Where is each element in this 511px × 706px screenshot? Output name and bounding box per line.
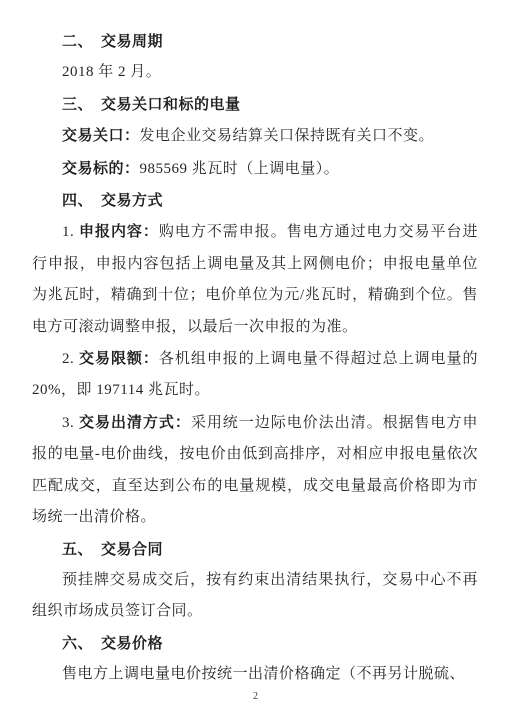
- section-heading-trading-period: 二、 交易周期: [32, 26, 478, 57]
- paragraph-trading-period: 2018 年 2 月。: [32, 57, 478, 88]
- text-run: 采用统一边际电价法出清。根据售电方申报的电量-电价曲线，按电价由低到高排序，对相…: [32, 415, 478, 525]
- text-run: 预挂牌交易成交后，按有约束出清结果执行，交易中心不再组织市场成员签订合同。: [32, 572, 478, 619]
- text-run: 985569 兆瓦时（上调电量）。: [140, 161, 340, 177]
- paragraph-trading-price: 售电方上调电量电价按统一出清价格确定（不再另计脱硫、: [32, 659, 478, 690]
- item-number-run: 1.: [62, 224, 79, 240]
- paragraph-trading-limit: 2. 交易限额：各机组申报的上调电量不得超过总上调电量的 20%，即 19711…: [32, 343, 478, 407]
- paragraph-trading-gateway: 交易关口：发电企业交易结算关口保持既有关口不变。: [32, 120, 478, 152]
- text-run: 2018 年 2 月。: [62, 64, 161, 80]
- item-number-run: 2.: [62, 351, 79, 367]
- paragraph-trading-contract: 预挂牌交易成交后，按有约束出清结果执行，交易中心不再组织市场成员签订合同。: [32, 565, 478, 628]
- bold-label-run: 交易关口：: [62, 127, 140, 144]
- document-body: 二、 交易周期 2018 年 2 月。 三、 交易关口和标的电量 交易关口：发电…: [32, 26, 478, 691]
- bold-label-run: 交易出清方式：: [79, 414, 191, 431]
- section-heading-trading-price: 六、 交易价格: [32, 628, 478, 659]
- text-run: 售电方上调电量电价按统一出清价格确定（不再另计脱硫、: [62, 666, 465, 682]
- paragraph-clearing-method: 3. 交易出清方式：采用统一边际电价法出清。根据售电方申报的电量-电价曲线，按电…: [32, 407, 478, 534]
- bold-label-run: 申报内容：: [79, 223, 159, 240]
- text-run: 发电企业交易结算关口保持既有关口不变。: [140, 128, 435, 144]
- section-heading-gateway-and-volume: 三、 交易关口和标的电量: [32, 89, 478, 120]
- section-heading-trading-method: 四、 交易方式: [32, 185, 478, 216]
- paragraph-declaration-content: 1. 申报内容：购电方不需申报。售电方通过电力交易平台进行申报，申报内容包括上调…: [32, 216, 478, 343]
- item-number-run: 3.: [62, 415, 79, 431]
- page-number: 2: [0, 691, 511, 702]
- bold-label-run: 交易限额：: [79, 350, 159, 367]
- document-page: 二、 交易周期 2018 年 2 月。 三、 交易关口和标的电量 交易关口：发电…: [0, 0, 511, 706]
- section-heading-trading-contract: 五、 交易合同: [32, 534, 478, 565]
- text-run: 购电方不需申报。售电方通过电力交易平台进行申报，申报内容包括上调电量及其上网侧电…: [32, 224, 478, 334]
- bold-label-run: 交易标的：: [62, 160, 140, 177]
- paragraph-trading-target: 交易标的：985569 兆瓦时（上调电量）。: [32, 153, 478, 185]
